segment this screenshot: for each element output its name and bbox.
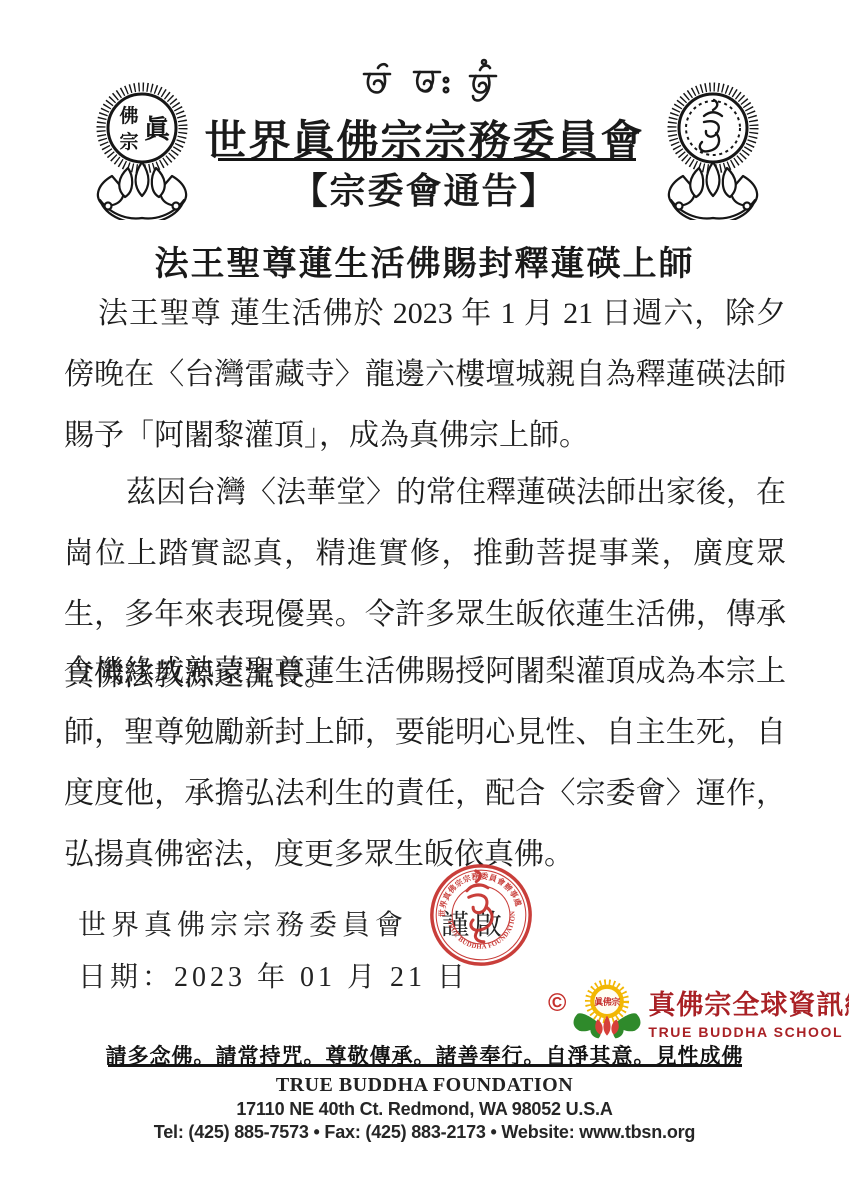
date-line: 日期：2023 年 01 月 21 日 xyxy=(78,955,469,995)
tbsn-title-chinese: 真佛宗全球資訊網 xyxy=(648,983,849,1022)
notice-title: 【宗委會通告】 xyxy=(0,163,849,214)
tbsn-logo-block: © 眞佛宗 真佛宗全球資訊網 TRUE BUDDHA SCHOOL NET xyxy=(548,977,849,1041)
copyright-symbol: © xyxy=(548,989,566,1018)
footer-motto-underline xyxy=(108,1064,742,1067)
title-underline xyxy=(218,158,636,161)
footer-address: 17110 NE 40th Ct. Redmond, WA 98052 U.S.… xyxy=(0,1099,849,1120)
notice-document-page: 佛 眞 宗 xyxy=(0,0,849,1200)
paragraph-1: 法王聖尊 蓮生活佛於 2023 年 1 月 21 日週六，除夕傍晚在〈台灣雷藏寺… xyxy=(64,283,786,466)
footer-contact: Tel: (425) 885-7573 • Fax: (425) 883-217… xyxy=(0,1122,849,1143)
document-heading: 法王聖尊蓮生活佛賜封釋蓮碤上師 xyxy=(0,236,849,285)
tbsn-title-english: TRUE BUDDHA SCHOOL NET xyxy=(648,1024,849,1040)
tibetan-om-ah-hum-script xyxy=(358,58,508,106)
true-buddha-foundation-seal: 世界真佛宗宗務委員會辦事處 TRUE BUDDHA FOUNDATION xyxy=(428,862,534,973)
paragraph-3: 今機緣成熟蒙聖尊蓮生活佛賜授阿闍梨灌頂成為本宗上師，聖尊勉勵新封上師，要能明心見… xyxy=(64,641,786,885)
tibetan-script-drawing xyxy=(358,58,508,106)
tbsn-lotus-emblem: 眞佛宗 xyxy=(570,977,644,1041)
footer-org-name: TRUE BUDDHA FOUNDATION xyxy=(0,1074,849,1097)
emblem-characters: 眞佛宗 xyxy=(595,996,621,1007)
